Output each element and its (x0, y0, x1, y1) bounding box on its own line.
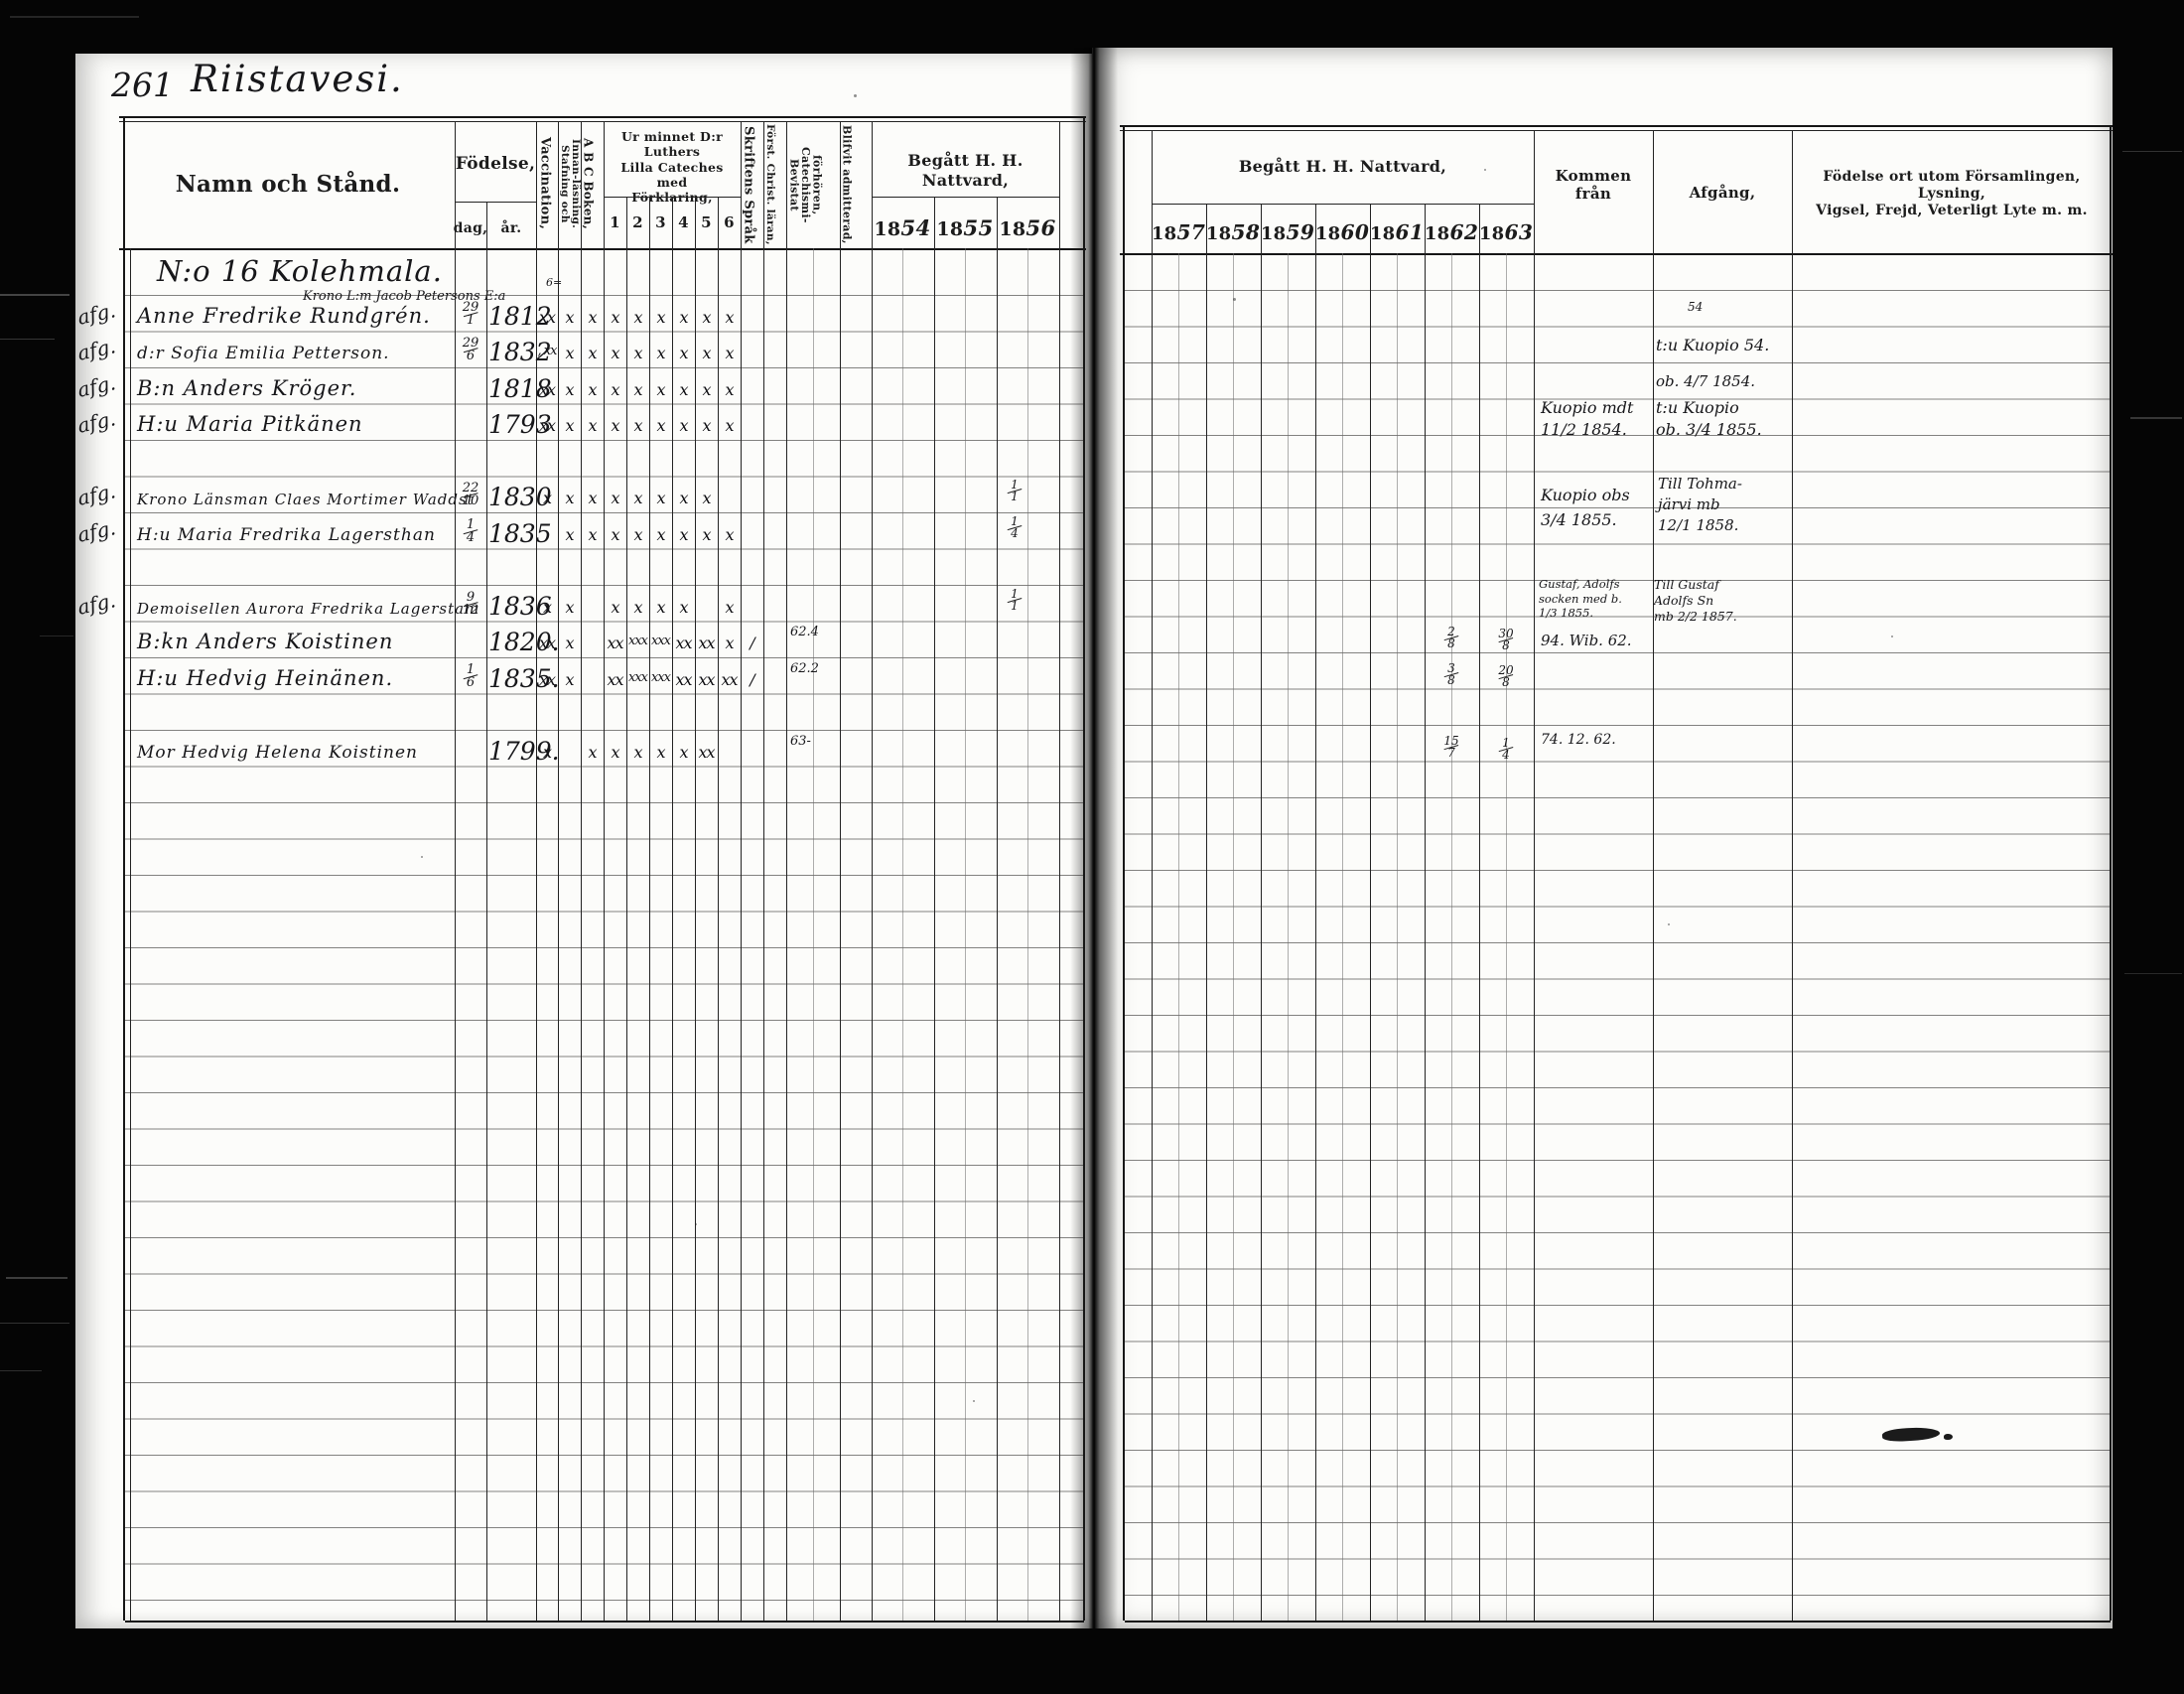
check-mark: xx (672, 634, 695, 652)
afgang-note: ob. 4/7 1854. (1656, 372, 1755, 390)
check-mark: x (649, 344, 672, 362)
check-mark: x (536, 598, 558, 617)
film-scratch (2130, 417, 2182, 419)
grid-vline (1342, 253, 1343, 1621)
grid-vline (1233, 253, 1234, 1621)
check-mark: x (649, 489, 672, 507)
check-mark: x (672, 598, 695, 617)
kommen-fran-note: 94. Wib. 62. (1541, 632, 1632, 649)
afgang-note: t:u Kuopio ob. 3/4 1855. (1656, 397, 1762, 441)
header-afgang: Afgång, (1653, 184, 1792, 202)
grid-vline (1123, 125, 1125, 1621)
header-fodelse: Födelse, (455, 154, 536, 175)
header-cateches-num: 2 (626, 213, 649, 231)
film-scratch (0, 294, 69, 296)
check-mark: x (718, 525, 741, 544)
check-mark: x (672, 743, 695, 762)
check-mark: xx (604, 634, 626, 652)
check-mark: x (672, 525, 695, 544)
check-mark: x (558, 598, 581, 617)
grid-hline (872, 197, 1059, 198)
check-mark: x (604, 380, 626, 399)
grid-hline (125, 1621, 1084, 1623)
check-mark: xx (695, 670, 718, 689)
grid-vline (558, 248, 559, 1621)
row-name: Mor Hedvig Helena Koistinen (137, 743, 418, 763)
check-mark: x (558, 670, 581, 689)
grid-vline (741, 248, 742, 1621)
communion-1863: 208 (1498, 665, 1513, 689)
row-name: B:n Anders Kröger. (137, 376, 356, 400)
check-mark: x (649, 380, 672, 399)
check-mark: x (695, 380, 718, 399)
header-skriftens-sprak: Skriftens Språk (742, 123, 762, 246)
check-mark: x (604, 308, 626, 327)
check-mark: / (741, 634, 763, 652)
grid-vline (1315, 204, 1316, 1621)
grid-vline (840, 121, 841, 248)
header-nattvard-left: Begått H. H. Nattvard, (872, 151, 1059, 190)
header-stafning: Stafning och Innan-läsning. (559, 123, 580, 244)
check-mark: xx (536, 670, 558, 689)
check-mark: xxx (649, 634, 672, 648)
header-year-1856: 1856 (994, 216, 1061, 242)
check-mark: x (695, 489, 718, 507)
grid-vline (1288, 253, 1289, 1621)
grid-vline (672, 248, 673, 1621)
check-mark: x (604, 489, 626, 507)
check-mark: x (558, 344, 581, 362)
film-scratch (0, 1323, 69, 1324)
film-scratch (6, 1277, 68, 1279)
check-mark: xxx (626, 670, 649, 685)
afgang-note: 54 (1688, 300, 1703, 314)
header-namn-och-stand: Namn och Stånd. (169, 171, 407, 199)
check-mark: x (649, 743, 672, 762)
row-name: B:kn Anders Koistinen (137, 630, 393, 653)
paper-speck (695, 1223, 697, 1225)
check-mark: x (695, 416, 718, 435)
check-mark: xx (718, 670, 741, 689)
grid-vline (813, 248, 814, 1621)
communion-1862: 157 (1443, 736, 1458, 760)
paper-speck (1668, 923, 1670, 925)
grid-vline (872, 248, 873, 1621)
header-forst-christ: Först. Christ. läran, (764, 123, 785, 246)
check-mark: x (558, 525, 581, 544)
grid-vline (1083, 116, 1085, 1621)
grid-vline (1027, 248, 1028, 1621)
grid-vline (1425, 204, 1426, 1621)
check-mark: x (558, 634, 581, 652)
communion-1863: 14 (1499, 738, 1514, 762)
birth-day: 291 (463, 302, 479, 328)
page-number: 261 (111, 66, 174, 104)
check-mark: x (581, 416, 604, 435)
header-cateches-num: 4 (672, 213, 695, 231)
check-mark: xx (695, 743, 718, 762)
afgang-note: Till Tohma- järvi mb 12/1 1858. (1658, 474, 1742, 536)
grid-vline (455, 248, 456, 1621)
row-name: d:r Sofia Emilia Petterson. (137, 344, 390, 363)
grid-vline (1206, 204, 1207, 1621)
check-mark: xxx (649, 670, 672, 685)
communion-1856: 14 (1008, 516, 1023, 540)
grid-hline (119, 121, 1086, 122)
check-mark: x (604, 525, 626, 544)
check-mark: x (581, 344, 604, 362)
check-mark: x (672, 416, 695, 435)
birth-day: 296 (463, 338, 479, 363)
header-bevistat: Bevistat Catechismi-förhören, (788, 123, 838, 246)
grid-vline (763, 121, 764, 248)
grid-vline (2110, 125, 2112, 1621)
grid-vline (1792, 130, 1793, 1621)
grid-vline (1397, 253, 1398, 1621)
header-year-1863: 1863 (1472, 220, 1540, 245)
check-mark: x (604, 598, 626, 617)
check-mark: x (672, 380, 695, 399)
paper-speck (1484, 169, 1486, 171)
header-nattvard-right: Begått H. H. Nattvard, (1152, 157, 1534, 177)
grid-vline (786, 121, 787, 248)
check-mark: x (695, 308, 718, 327)
check-mark: x (718, 344, 741, 362)
grid-vline (763, 248, 764, 1621)
check-mark: xx (604, 670, 626, 689)
check-mark: x (649, 525, 672, 544)
check-mark: x (626, 525, 649, 544)
check-mark: x (626, 598, 649, 617)
kommen-fran-note: Kuopio obs 3/4 1855. (1541, 483, 1630, 532)
grid-hline (1120, 130, 2113, 131)
grid-vline (934, 248, 935, 1621)
check-mark: x (626, 416, 649, 435)
grid-vline (695, 248, 696, 1621)
grid-vline (536, 248, 537, 1621)
birth-day: 2210 (463, 483, 479, 508)
communion-1856: 11 (1008, 589, 1023, 613)
check-mark: xx (536, 380, 558, 399)
check-mark: x (695, 344, 718, 362)
stray-ink-mark: 6= (546, 276, 562, 289)
check-mark: x (626, 380, 649, 399)
paper-speck (1233, 298, 1236, 301)
check-mark: x (718, 416, 741, 435)
grid-hline (604, 197, 741, 198)
grid-vline (626, 248, 627, 1621)
grid-vline (1370, 204, 1371, 1621)
grid-vline (1451, 253, 1452, 1621)
grid-vline (130, 248, 131, 1621)
check-mark: x (626, 743, 649, 762)
grid-hline (119, 248, 1086, 250)
grid-hline (119, 116, 1086, 118)
document-scan: 261 Riistavesi. Namn och Stånd. Födelse,… (0, 0, 2184, 1694)
check-mark: x (558, 416, 581, 435)
header-year-1854: 1854 (869, 216, 936, 242)
check-mark: x (718, 308, 741, 327)
header-dag: dag, (453, 220, 488, 237)
grid-vline (486, 248, 487, 1621)
film-scratch (0, 339, 55, 340)
check-mark: xx (536, 634, 558, 652)
check-mark: x (581, 743, 604, 762)
header-ur-minnet: Ur minnet D:r Luthers Lilla Cateches med… (604, 129, 741, 205)
check-mark: xxx (626, 634, 649, 648)
check-mark: , xx (536, 344, 558, 358)
grid-vline (1261, 204, 1262, 1621)
grid-vline (965, 248, 966, 1621)
grid-hline (1125, 1621, 2111, 1623)
communion-1856: 11 (1008, 480, 1023, 503)
check-mark: x (581, 489, 604, 507)
grid-vline (1479, 204, 1480, 1621)
kommen-fran-note: Gustaf, Adolfs socken med b. 1/3 1855. (1539, 577, 1622, 621)
check-mark: x (718, 634, 741, 652)
birth-day: 16 (464, 664, 478, 690)
row-name: H:u Hedvig Heinänen. (137, 666, 393, 690)
grid-vline (718, 248, 719, 1621)
paper-speck (854, 94, 857, 97)
grid-vline (1059, 248, 1060, 1621)
group-heading: N:o 16 Kolehmala. (157, 254, 443, 288)
grid-vline (1534, 130, 1535, 1621)
header-vaccination: Vaccination, (538, 123, 558, 244)
kommen-fran-note: Kuopio mdt 11/2 1854. (1541, 397, 1633, 441)
grid-hline (1120, 125, 2113, 127)
check-mark: x (672, 344, 695, 362)
birth-day: 14 (464, 519, 478, 545)
communion-1862: 28 (1444, 627, 1459, 650)
check-mark: x (626, 308, 649, 327)
grid-hline (1120, 253, 2113, 255)
communion-1863: 308 (1498, 629, 1513, 652)
check-mark: x (695, 525, 718, 544)
check-mark: xx (536, 416, 558, 435)
check-mark: x (581, 380, 604, 399)
grid-vline (536, 121, 537, 248)
header-cateches-num: 1 (604, 213, 626, 231)
row-name: Anne Fredrike Rundgrén. (137, 304, 431, 328)
grid-vline (455, 121, 456, 248)
grid-vline (123, 116, 125, 1621)
check-mark: x (581, 525, 604, 544)
grid-vline (581, 248, 582, 1621)
header-blifvit: Blifvit admitterad, (841, 123, 870, 246)
check-mark: x (604, 344, 626, 362)
check-mark: xx (536, 308, 558, 327)
check-mark: xx (695, 634, 718, 652)
film-scratch (2122, 151, 2182, 152)
birth-year: 1835 (488, 519, 552, 548)
check-mark: x (672, 489, 695, 507)
film-scratch (40, 635, 73, 636)
check-mark: x (649, 416, 672, 435)
check-mark: x (672, 308, 695, 327)
grid-vline (1178, 253, 1179, 1621)
check-mark: x (626, 489, 649, 507)
check-mark: x (558, 380, 581, 399)
check-mark: x (718, 380, 741, 399)
grid-vline (997, 248, 998, 1621)
row-name: H:u Maria Pitkänen (137, 412, 363, 436)
grid-hline (455, 202, 536, 203)
check-mark: x (649, 598, 672, 617)
header-abc-boken: A B C Boken, (582, 123, 602, 244)
header-fodelseort: Födelse ort utom Församlingen, Lysning, … (1797, 169, 2107, 219)
film-scratch (10, 16, 139, 18)
row-name: Krono Länsman Claes Mortimer Waddst (137, 491, 475, 508)
check-mark: x (536, 489, 558, 507)
communion-1862: 38 (1444, 663, 1459, 687)
grid-vline (604, 248, 605, 1621)
film-scratch (2124, 973, 2182, 974)
page-title: Riistavesi. (191, 58, 404, 100)
birth-day: 912 (463, 592, 479, 618)
header-cateches-num: 3 (649, 213, 672, 231)
grid-vline (741, 121, 742, 248)
header-year-1855: 1855 (931, 216, 999, 242)
grid-vline (1506, 253, 1507, 1621)
check-mark: x (581, 308, 604, 327)
film-scratch (0, 1370, 42, 1371)
grid-vline (1653, 130, 1654, 1621)
paper-speck (973, 1400, 975, 1402)
grid-vline (486, 202, 487, 248)
header-cateches-num: 5 (695, 213, 718, 231)
check-mark: x (604, 416, 626, 435)
check-mark: x (536, 743, 558, 762)
kommen-fran-note: 74. 12. 62. (1541, 732, 1616, 749)
afgang-note: Till Gustaf Adolfs Sn mb 2/2 1857. (1654, 577, 1737, 625)
grid-vline (786, 248, 787, 1621)
grid-vline (840, 248, 841, 1621)
grid-vline (558, 121, 559, 248)
check-mark: x (649, 308, 672, 327)
check-mark: x (558, 489, 581, 507)
grid-vline (902, 248, 903, 1621)
check-mark: / (741, 670, 763, 689)
grid-vline (1152, 130, 1153, 1621)
check-mark: x (604, 743, 626, 762)
catechism-note: 62.4 (790, 625, 819, 639)
row-name: Demoisellen Aurora Fredrika Lagerstam (137, 600, 479, 618)
grid-vline (581, 121, 582, 248)
row-name: H:u Maria Fredrika Lagersthan (137, 525, 436, 545)
paper-speck (421, 856, 423, 858)
check-mark: xx (672, 670, 695, 689)
header-kommen-fran: Kommen från (1534, 167, 1653, 204)
catechism-note: 63- (790, 734, 811, 749)
header-cateches-num: 6 (718, 213, 741, 231)
header-ar: år. (488, 220, 534, 237)
catechism-note: 62.2 (790, 661, 819, 676)
afgang-note: t:u Kuopio 54. (1656, 336, 1769, 354)
grid-hline (1152, 204, 1534, 205)
grid-vline (649, 248, 650, 1621)
check-mark: x (558, 308, 581, 327)
paper-speck (1891, 635, 1893, 637)
check-mark: x (718, 598, 741, 617)
check-mark: x (626, 344, 649, 362)
